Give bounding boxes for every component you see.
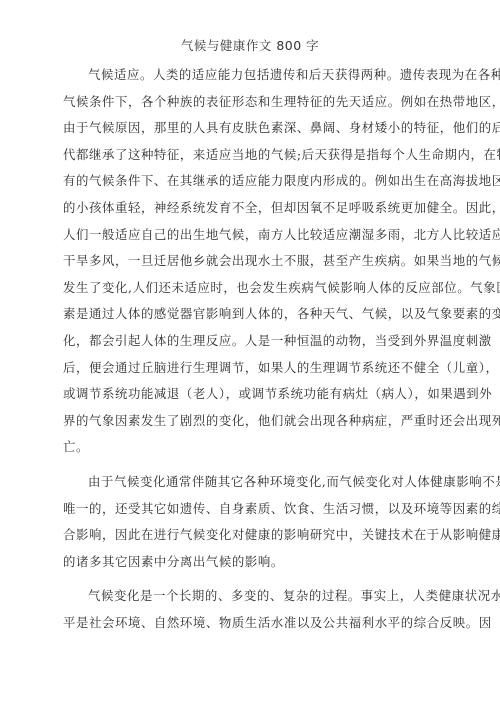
text-line: 人们一般适应自己的出生地气候，南方人比较适应潮湿多雨，北方人比较适应 bbox=[63, 222, 439, 249]
text-line: 的小孩体重轻，神经系统发育不全，但却因氧不足呼吸系统更加健全。因此， bbox=[63, 195, 439, 222]
paragraph-climate-change-process: 气候变化是一个长期的、多变的、复杂的过程。事实上，人类健康状况水 平是社会环境、… bbox=[63, 583, 439, 636]
text-line: 的诸多其它因素中分离出气候的影响。 bbox=[63, 549, 439, 576]
document-page: 气候与健康作文 800 字 气候适应。人类的适应能力包括遗传和后天获得两种。遗传… bbox=[0, 0, 500, 707]
text-line: 气候适应。人类的适应能力包括遗传和后天获得两种。遗传表现为在各种 bbox=[63, 62, 439, 89]
text-line: 代都继承了这种特征，来适应当地的气候;后天获得是指每个人生命期内，在特 bbox=[63, 142, 439, 169]
text-line: 后，便会通过丘脑进行生理调节，如果人的生理调节系统还不健全（儿童）， bbox=[63, 355, 439, 382]
text-line: 平是社会环境、自然环境、物质生活水准以及公共福利水平的综合反映。因 bbox=[63, 610, 439, 637]
paragraph-gap bbox=[63, 575, 439, 583]
text-line: 合影响，因此在进行气候变化对健康的影响研究中，关键技术在于从影响健康 bbox=[63, 522, 439, 549]
document-body: 气候适应。人类的适应能力包括遗传和后天获得两种。遗传表现为在各种 气候条件下，各… bbox=[63, 62, 439, 636]
text-line: 由于气候原因，那里的人具有皮肤色素深、鼻阔、身材矮小的特征，他们的后 bbox=[63, 115, 439, 142]
paragraph-climate-health-research: 由于气候变化通常伴随其它各种环境变化,而气候变化对人体健康影响不是 唯一的，还受… bbox=[63, 469, 439, 575]
text-line: 发生了变化,人们还未适应时，也会发生疾病气候影响人体的反应部位。气象因 bbox=[63, 275, 439, 302]
text-line: 有的气候条件下、在其继承的适应能力限度内形成的。例如出生在高海拔地区 bbox=[63, 168, 439, 195]
text-line: 由于气候变化通常伴随其它各种环境变化,而气候变化对人体健康影响不是 bbox=[63, 469, 439, 496]
document-title: 气候与健康作文 800 字 bbox=[0, 36, 500, 54]
text-line: 气候变化是一个长期的、多变的、复杂的过程。事实上，人类健康状况水 bbox=[63, 583, 439, 610]
text-line: 气候条件下，各个种族的表征形态和生理特征的先天适应。例如在热带地区， bbox=[63, 89, 439, 116]
text-line: 唯一的，还受其它如遗传、自身素质、饮食、生活习惯，以及环境等因素的综 bbox=[63, 496, 439, 523]
text-line: 化，都会引起人体的生理反应。人是一种恒温的动物，当受到外界温度刺激 bbox=[63, 328, 439, 355]
text-line: 或调节系统功能减退（老人），或调节系统功能有病灶（病人），如果遇到外 bbox=[63, 381, 439, 408]
text-line: 干旱多风，一旦迁居他乡就会出现水土不服，甚至产生疾病。如果当地的气候 bbox=[63, 248, 439, 275]
text-line: 素是通过人体的感觉器官影响到人体的，各种天气、气候，以及气象要素的变 bbox=[63, 301, 439, 328]
text-line: 亡。 bbox=[63, 434, 439, 461]
paragraph-gap bbox=[63, 461, 439, 469]
text-line: 界的气象因素发生了剧烈的变化，他们就会出现各种病症，严重时还会出现死 bbox=[63, 408, 439, 435]
paragraph-climate-adaptation: 气候适应。人类的适应能力包括遗传和后天获得两种。遗传表现为在各种 气候条件下，各… bbox=[63, 62, 439, 461]
